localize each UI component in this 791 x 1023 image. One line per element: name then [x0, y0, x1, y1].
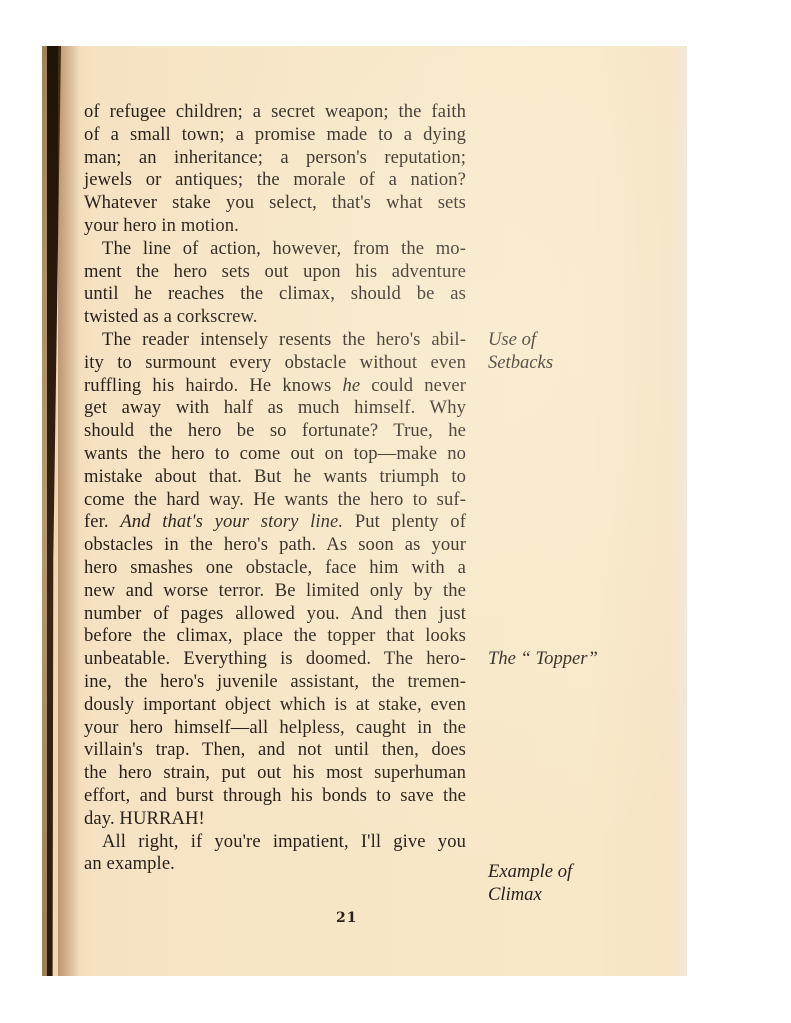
- text-line: hero smashes one obstacle, face him with…: [84, 557, 466, 580]
- text-line: ity to surmount every obstacle without e…: [84, 352, 466, 375]
- emphasis-text: And that's your story line.: [120, 511, 343, 532]
- text-line: obstacles in the hero's path. As soon as…: [84, 534, 466, 557]
- text-line: of refugee children; a secret weapon; th…: [84, 101, 466, 124]
- text-line: Whatever stake you select, that's what s…: [84, 192, 466, 215]
- text-segment: Put plenty of: [343, 511, 466, 532]
- text-line: man; an inheritance; a person's reputati…: [84, 147, 466, 170]
- gutter-shade: [58, 46, 80, 976]
- text-line: before the climax, place the topper that…: [84, 625, 466, 648]
- text-line: your hero himself—all helpless, caught i…: [84, 717, 466, 740]
- emphasis-text: he: [342, 375, 360, 396]
- text-line: effort, and burst through his bonds to s…: [84, 785, 466, 808]
- margin-note-line: Example of: [488, 861, 638, 884]
- text-line: jewels or antiques; the morale of a nati…: [84, 169, 466, 192]
- margin-note-use-of-setbacks: Use of Setbacks: [488, 329, 638, 375]
- margin-note-line: Setbacks: [488, 352, 638, 375]
- text-line: until he reaches the climax, should be a…: [84, 283, 466, 306]
- book-page: of refugee children; a secret weapon; th…: [42, 46, 687, 976]
- text-line: get away with half as much himself. Why: [84, 397, 466, 420]
- text-line: should the hero be so fortunate? True, h…: [84, 420, 466, 443]
- text-segment: could never: [360, 375, 466, 396]
- margin-note-line: Climax: [488, 884, 638, 907]
- text-line: of a small town; a promise made to a dyi…: [84, 124, 466, 147]
- text-line: unbeatable. Everything is doomed. The he…: [84, 648, 466, 671]
- text-line: The reader intensely resents the hero's …: [84, 329, 466, 352]
- text-segment: fer.: [84, 511, 120, 532]
- page-number: 21: [336, 910, 357, 926]
- text-line: villain's trap. Then, and not until then…: [84, 739, 466, 762]
- margin-note-topper: The “ Topper”: [488, 648, 638, 671]
- text-line: The line of action, however, from the mo…: [84, 238, 466, 261]
- text-line: mistake about that. But he wants triumph…: [84, 466, 466, 489]
- text-line: new and worse terror. Be limited only by…: [84, 580, 466, 603]
- text-line: fer. And that's your story line. Put ple…: [84, 511, 466, 534]
- text-line: ment the hero sets out upon his adventur…: [84, 261, 466, 284]
- text-line: ruffling his hairdo. He knows he could n…: [84, 375, 466, 398]
- text-line: the hero strain, put out his most superh…: [84, 762, 466, 785]
- body-text: of refugee children; a secret weapon; th…: [84, 101, 466, 876]
- margin-note-line: Use of: [488, 329, 638, 352]
- text-line: wants the hero to come out on top—make n…: [84, 443, 466, 466]
- text-line: number of pages allowed you. And then ju…: [84, 603, 466, 626]
- text-line: dously important object which is at stak…: [84, 694, 466, 717]
- text-segment: ruffling his hairdo. He knows: [84, 375, 342, 396]
- text-line: All right, if you're impatient, I'll giv…: [84, 831, 466, 854]
- text-line: day. HURRAH!: [84, 808, 466, 831]
- text-line: twisted as a corkscrew.: [84, 306, 466, 329]
- margin-note-example-of-climax: Example of Climax: [488, 861, 638, 907]
- text-line: come the hard way. He wants the hero to …: [84, 489, 466, 512]
- text-line: ine, the hero's juvenile assistant, the …: [84, 671, 466, 694]
- margin-note-line: The “ Topper”: [488, 648, 638, 671]
- text-line: an example.: [84, 853, 466, 876]
- text-line: your hero in motion.: [84, 215, 466, 238]
